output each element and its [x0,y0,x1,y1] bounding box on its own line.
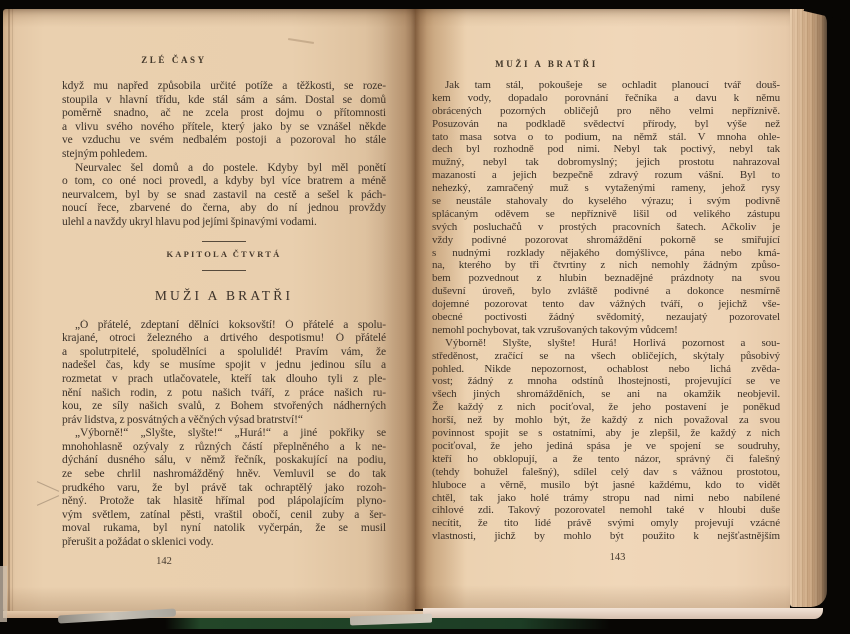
left-page: ZLÉ ČASY když mu napřed způsobila určité… [3,9,415,617]
text-line: nehezký, zamračený muž s vytaženými rame… [432,182,780,195]
paragraph: Neurvalec šel domů a do postele. Kdyby b… [62,162,386,230]
text-line: splácaným oděvem se nepříznivě lišil od … [432,208,780,221]
book-gutter-shadow [365,9,465,615]
text-line: pohled. Nikde nepozornost, ochablost neb… [432,363,780,376]
running-head-left: ZLÉ ČASY [3,55,345,65]
text-line: „Ó přátelé, zdeptaní dělníci koksovští! … [62,319,386,333]
text-line: a vlivu svého nového přítele, který jako… [62,121,386,135]
page-edge-stack [790,9,827,607]
text-line: prudkého varu, že byl právě tak ochraptě… [62,482,386,496]
text-line: a spolutrpitelé, spoludělníci a spolulid… [62,346,386,360]
paragraph: Výborně! Slyšte, slyšte! Hurá! Horlivá p… [432,337,780,543]
right-page-text: Jak tam stál, pokoušeje se ochladit plan… [432,79,780,543]
text-line: obrácených pozorných obličejů pro něho v… [432,105,780,118]
text-line: mazaností a jejich bezpečně zdravý rozum… [432,169,780,182]
text-line: se neustále stahovaly do kyselého výrazu… [432,195,780,208]
text-line: ve vzduchu ve svém nedbalém postoji a po… [62,134,386,148]
text-line: necítit, že tito lidé právě svými omyly … [432,517,780,530]
text-line: „Výborně!“ „Slyšte, slyšte!“ „Hurá!“ a j… [62,427,386,441]
text-line: chtěl, tak jako holé trámy stropu nad ni… [432,492,780,505]
text-line: vlastnosti, jichž by mohlo být použito k… [432,530,780,543]
section-divider [202,241,246,242]
text-line: všech jiných shromážděních, se ani na ok… [432,388,780,401]
text-line: dýchání dusného sálu, v němž řečník, pos… [62,454,386,468]
text-line: vždy podivné pozorovat shromáždění pokor… [432,234,780,247]
text-line: noucí řece, zbarvené do černa, aby do ní… [62,202,386,216]
text-line: Jak tam stál, pokoušeje se ochladit plan… [432,79,780,92]
right-page: MUŽI A BRATŘI Jak tam stál, pokoušeje se… [415,9,790,609]
text-line: ulehl a navždy ukryl hlavu pod jejími šp… [62,216,386,230]
text-line: dojemné pozorovat tento dav vážných tvář… [432,298,780,311]
chapter-kicker: KAPITOLA ČTVRTÁ [62,249,386,259]
chapter-title: MUŽI A BRATŘI [62,288,386,304]
text-line: (tehdy bohužel falešný), sdílel celý dav… [432,466,780,479]
text-line: mužný, nebyl tak dobromyslný; jejich pro… [432,156,780,169]
text-line: povinnost spojit se s ostatními, aby je … [432,427,780,440]
page-number-left: 142 [3,556,325,567]
section-divider [202,270,246,271]
text-line: mnohohlasně ozývaly z různých částí přep… [62,441,386,455]
text-line: středěnost, zračící se na všech obličejí… [432,350,780,363]
page-number-right: 143 [445,552,790,563]
text-line: stejným pohledem. [62,148,386,162]
table-sliver [0,566,7,622]
text-line: nění našich rodin, z potu našich tváří, … [62,387,386,401]
text-line: nadešel čas, kdy se musíme spojit v jedn… [62,359,386,373]
text-line: duševní úroveň, bylo zvláště podivné a d… [432,285,780,298]
text-line: Posuzován na podkladě svědectví přírody,… [432,118,780,131]
page-crease [8,9,10,617]
text-line: hluboce a věrně, musilo být jasné každém… [432,479,780,492]
text-line: krajané, otroci železného a drtivého des… [62,332,386,346]
text-line: na, kterého by tři čtvrtiny z nich nemoh… [432,259,780,272]
text-line: když mu napřed způsobila určité potíže a… [62,80,386,94]
text-line: Výborně! Slyšte, slyšte! Hurá! Horlivá p… [432,337,780,350]
text-line: neurvalcem, byl by se snad zastavil na c… [62,189,386,203]
text-line: kou, ze síly našich svalů, z Bohem stvoř… [62,400,386,414]
text-line: s nudnými rozklady nějakého domýšlivce, … [432,247,780,260]
text-line: něný. Protože tak hlasitě hřímal pod plá… [62,495,386,509]
text-line: nemohl pochybovat, tak vzrušovaných tako… [432,324,780,337]
paragraph: „Ó přátelé, zdeptaní dělníci koksovští! … [62,319,386,428]
text-line: tato masa sotva o to podium, na němž stá… [432,131,780,144]
text-line: stoupila v hlavní třídu, kde stál sám a … [62,94,386,108]
paragraph: Jak tam stál, pokoušeje se ochladit plan… [432,79,780,337]
text-line: cihlové zdi. Takový pozorovatel nemohl t… [432,504,780,517]
text-line: přerušit a požádat o sklenici vody. [62,536,386,550]
text-line: dech byl rozhodně pod nimi. Nebyl tak po… [432,143,780,156]
paragraph: když mu napřed způsobila určité potíže a… [62,80,386,162]
paragraph: „Výborně!“ „Slyšte, slyšte!“ „Hurá!“ a j… [62,427,386,549]
text-line: vost; žádný z mnoha odstínů lhostejnosti… [432,375,780,388]
left-page-text: když mu napřed způsobila určité potíže a… [62,80,386,550]
text-line: horší, než by mohlo být, že každý z nich… [432,414,780,427]
text-line: o tom, co oné noci provedl, a kdyby byl … [62,175,386,189]
text-line: kteří ho obklopují, a že tento názor, sp… [432,453,780,466]
book-photo: ZLÉ ČASY když mu napřed způsobila určité… [0,0,850,634]
text-line: poměrně snadno, ač ne zcela prost dojmu … [62,107,386,121]
text-line: práv lidstva, z posvátných a věčných výs… [62,414,386,428]
text-line: bem pozvednout z hlubin beznadějné prázd… [432,272,780,285]
text-line: Že každý z nich pociťoval, že jeho posta… [432,401,780,414]
text-line: kem vody, dopadalo porovnání řečníka a d… [432,92,780,105]
text-line: vým světlem, zatínal pěsti, vraštil oboč… [62,509,386,523]
text-line: pociťoval, že jeho jediná spása je ve sp… [432,440,780,453]
text-line: obecné poctivosti žádný svědomitý, nezau… [432,311,780,324]
page-crease [12,9,13,617]
text-line: ze sebe chrlil nashromážděný hněv. Vemlu… [62,468,386,482]
text-line: Neurvalec šel domů a do postele. Kdyby b… [62,162,386,176]
text-line: svých posluchačů v prostých pracovních š… [432,221,780,234]
text-line: rozmetat v prach utlačovatele, kteří tak… [62,373,386,387]
text-line: moval rukama, byl nyní natolik vyčerpán,… [62,522,386,536]
